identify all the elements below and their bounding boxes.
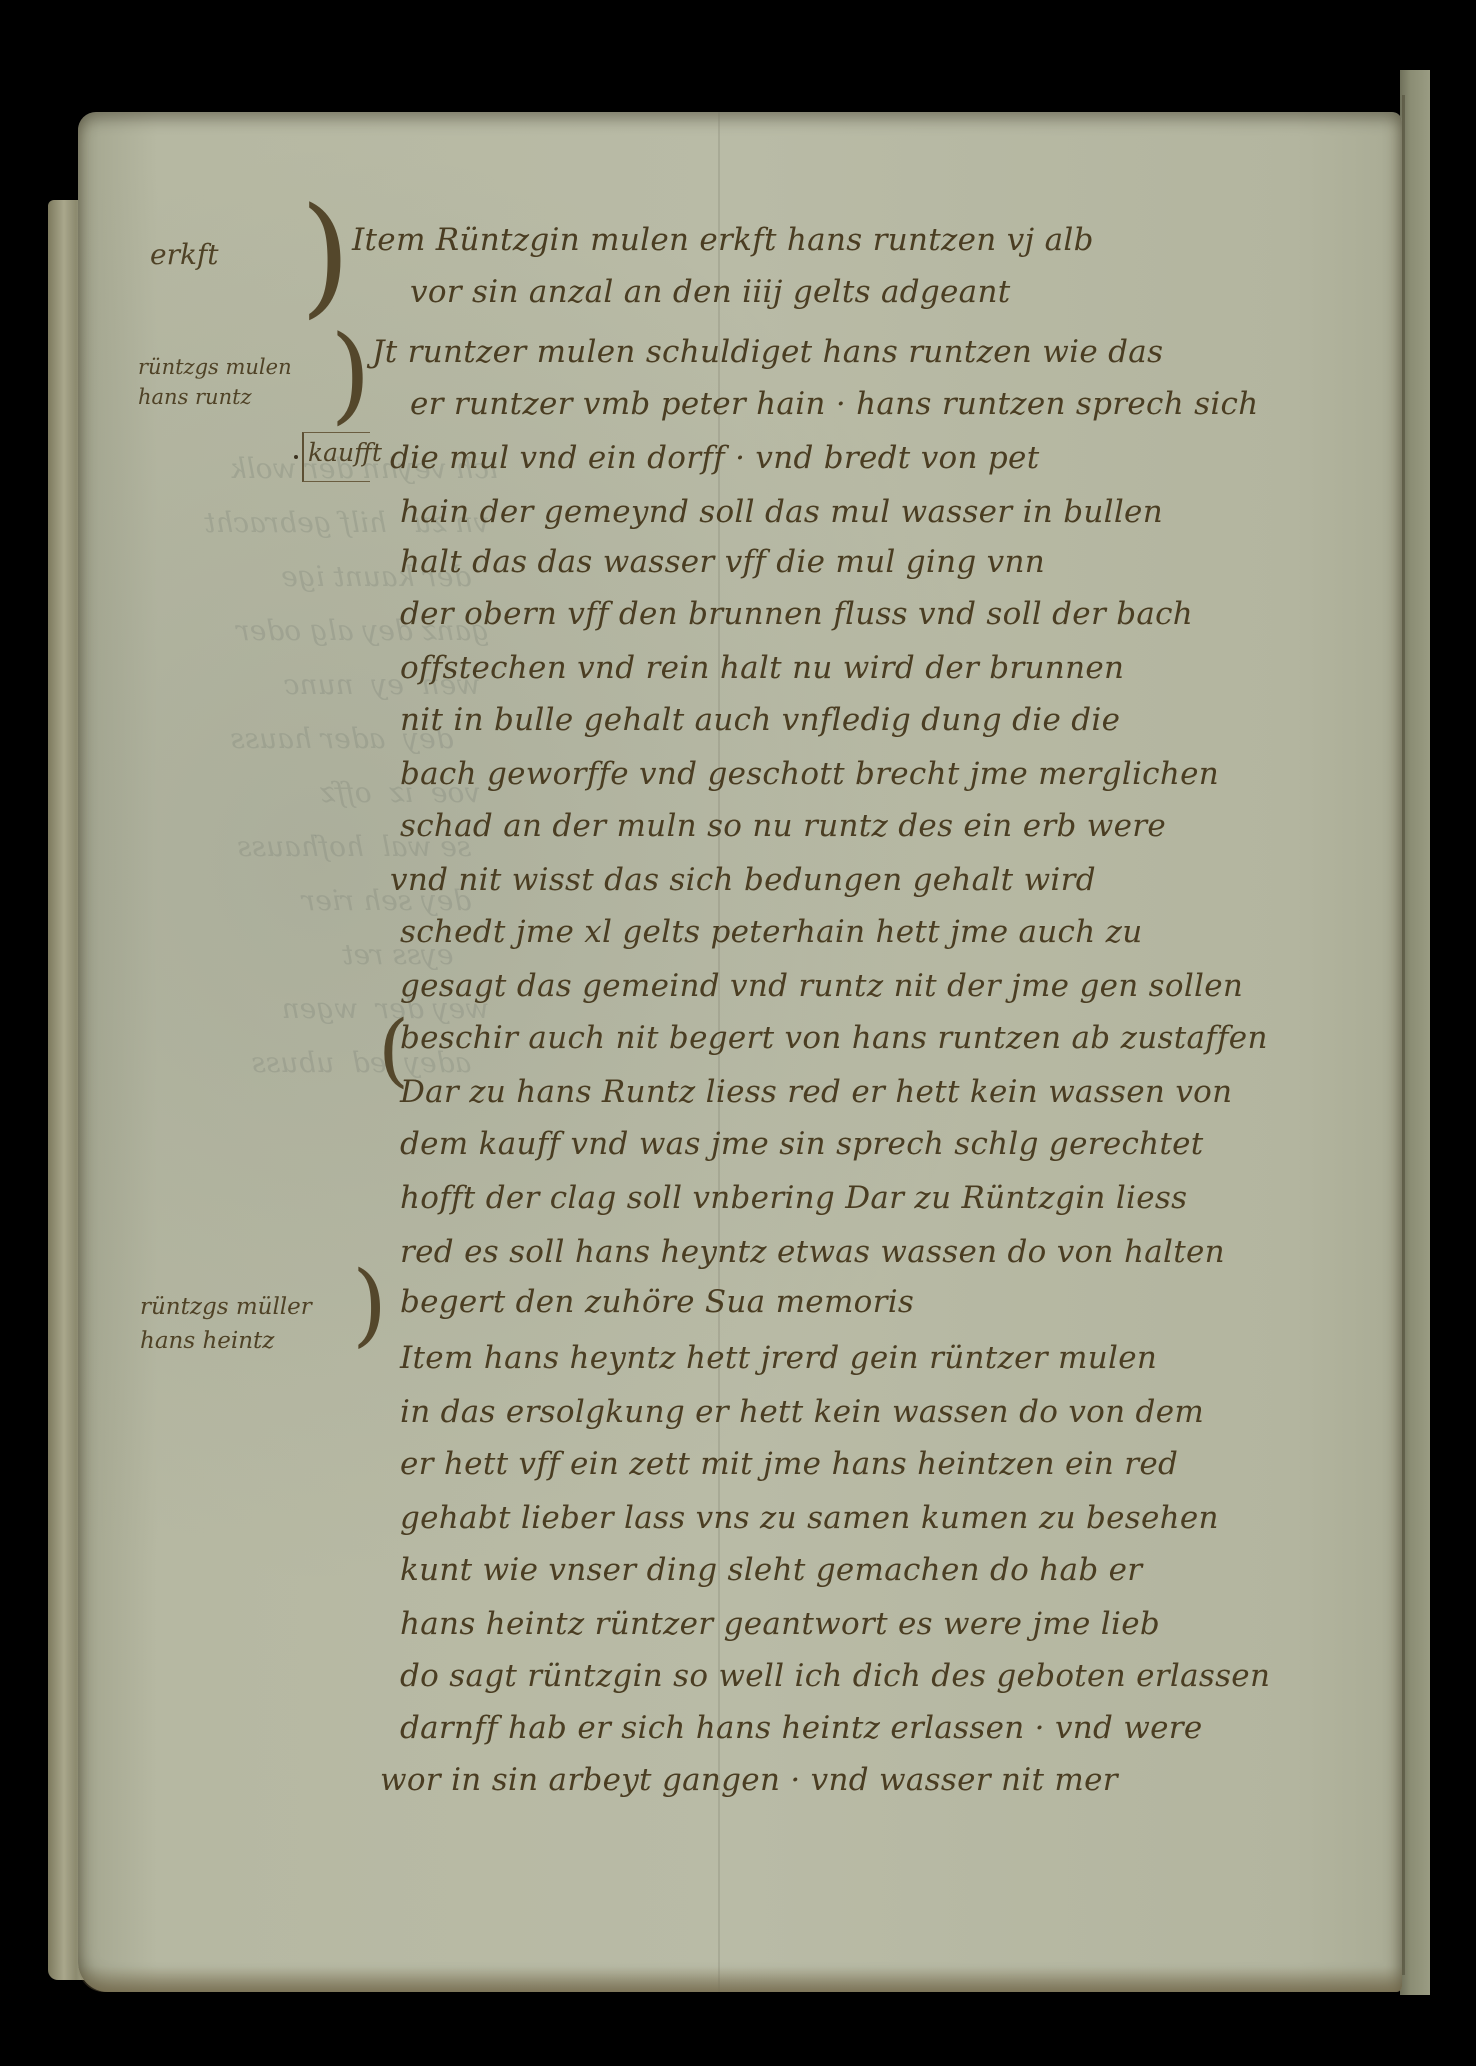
text-line: der obern vff den brunnen fluss vnd soll… xyxy=(400,596,1193,632)
text-line: bach geworffe vnd geschott brecht jme me… xyxy=(400,756,1219,792)
text-line: er hett vff ein zett mit jme hans heintz… xyxy=(400,1446,1178,1482)
text-line: dem kauff vnd was jme sin sprech schlg g… xyxy=(400,1126,1204,1162)
initial-jt: ) xyxy=(330,322,371,427)
text-line: gehabt lieber lass vns zu samen kumen zu… xyxy=(400,1500,1219,1536)
text-line: Item hans heyntz hett jrerd gein rüntzer… xyxy=(400,1340,1157,1376)
margin-note-line: kaufft xyxy=(308,438,382,468)
margin-note-line: hans runtz xyxy=(138,382,292,412)
gutter-line xyxy=(1402,95,1405,1975)
margin-note-line: hans heintz xyxy=(140,1324,312,1358)
text-line: begert den zuhöre Sua memoris xyxy=(400,1284,914,1320)
margin-note-runtz-mulen: rüntzgs mulen hans runtz xyxy=(138,352,292,412)
text-line: hans heintz rüntzer geantwort es were jm… xyxy=(400,1606,1160,1642)
initial-item-1: ) xyxy=(300,190,351,320)
text-line: halt das das wasser vff die mul ging vnn xyxy=(400,544,1045,580)
margin-note-line: rüntzgs mulen xyxy=(138,352,292,382)
initial-item-2: ) xyxy=(352,1260,387,1350)
margin-note-kaufft: kaufft xyxy=(308,438,382,468)
text-line: Dar zu hans Runtz liess red er hett kein… xyxy=(400,1074,1232,1110)
margin-note-runtz-muller: rüntzgs müller hans heintz xyxy=(140,1290,312,1358)
margin-note-line: erkft xyxy=(150,240,219,270)
margin-note-line: rüntzgs müller xyxy=(140,1290,312,1324)
text-line: offstechen vnd rein halt nu wird der bru… xyxy=(400,650,1124,686)
text-line: nit in bulle gehalt auch vnfledig dung d… xyxy=(400,702,1120,738)
text-line: red es soll hans heyntz etwas wassen do … xyxy=(400,1234,1225,1270)
text-line: in das ersolgkung er hett kein wassen do… xyxy=(400,1394,1204,1430)
margin-note-erkft: erkft xyxy=(150,240,219,270)
text-line: Item Rüntzgin mulen erkft hans runtzen v… xyxy=(352,222,1094,258)
ink-dot xyxy=(294,455,298,459)
text-line: do sagt rüntzgin so well ich dich des ge… xyxy=(400,1658,1270,1694)
text-line: schad an der muln so nu runtz des ein er… xyxy=(400,808,1166,844)
text-line: wor in sin arbeyt gangen · vnd wasser ni… xyxy=(380,1762,1118,1798)
text-line: vor sin anzal an den iiij gelts adgeant xyxy=(410,274,1011,310)
text-line: darnff hab er sich hans heintz erlassen … xyxy=(400,1710,1203,1746)
text-line: hofft der clag soll vnbering Dar zu Rünt… xyxy=(400,1180,1187,1216)
text-line: die mul vnd ein dorff · vnd bredt von pe… xyxy=(390,440,1039,476)
text-line: gesagt das gemeind vnd runtz nit der jme… xyxy=(400,968,1243,1004)
text-line: vnd nit wisst das sich bedungen gehalt w… xyxy=(390,862,1096,898)
text-line: kunt wie vnser ding sleht gemachen do ha… xyxy=(400,1552,1142,1588)
text-line: Jt runtzer mulen schuldiget hans runtzen… xyxy=(372,334,1163,370)
text-line: beschir auch nit begert von hans runtzen… xyxy=(400,1020,1268,1056)
text-line: hain der gemeynd soll das mul wasser in … xyxy=(400,494,1163,530)
text-line: er runtzer vmb peter hain · hans runtzen… xyxy=(410,386,1258,422)
text-line: schedt jme xl gelts peterhain hett jme a… xyxy=(400,914,1143,950)
